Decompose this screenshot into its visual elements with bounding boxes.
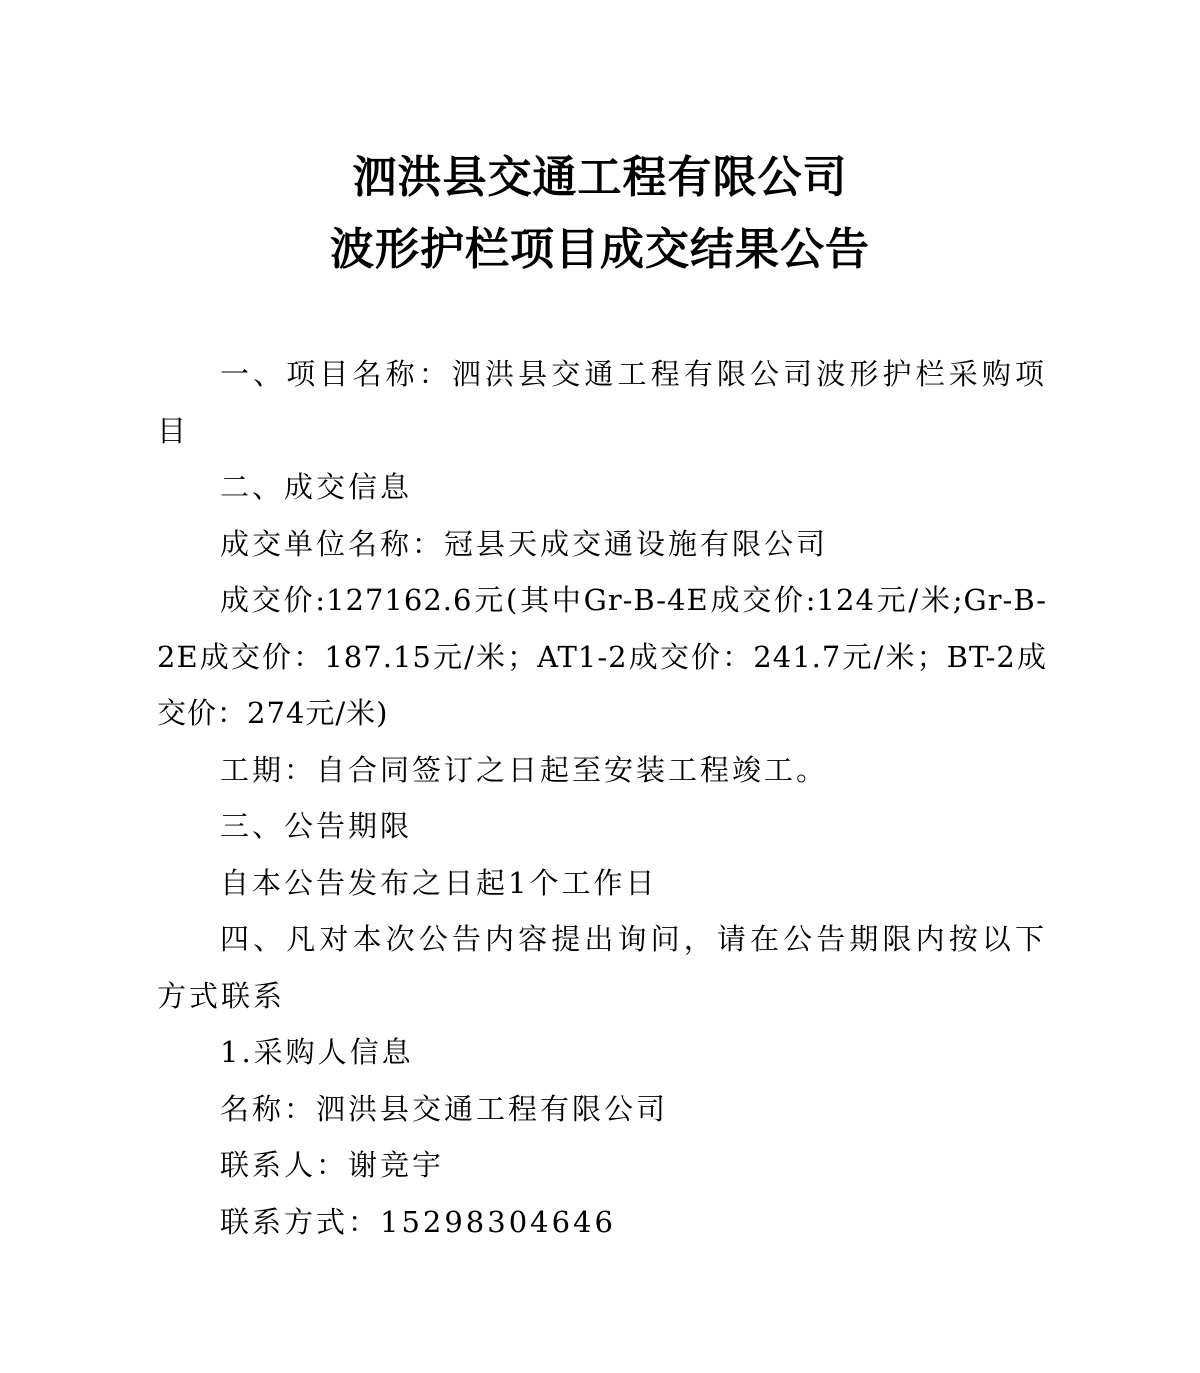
document-title-line-1: 泗洪县交通工程有限公司 [0, 150, 1200, 206]
deal-price-paragraph: 成交价:127162.6元(其中Gr-B-4E成交价:124元/米;Gr-B-2… [157, 572, 1047, 742]
contact-phone: 联系方式：15298304646 [157, 1194, 1047, 1251]
document-title-line-2: 波形护栏项目成交结果公告 [0, 222, 1200, 278]
inquiry-paragraph: 四、凡对本次公告内容提出询问，请在公告期限内按以下方式联系 [157, 911, 1047, 1024]
contact-person: 联系人：谢竞宇 [157, 1137, 1047, 1194]
purchaser-name: 名称：泗洪县交通工程有限公司 [157, 1081, 1047, 1138]
project-name-paragraph: 一、项目名称：泗洪县交通工程有限公司波形护栏采购项目 [157, 346, 1047, 459]
notice-period-heading: 三、公告期限 [157, 798, 1047, 855]
deal-info-heading: 二、成交信息 [157, 459, 1047, 516]
document-body: 一、项目名称：泗洪县交通工程有限公司波形护栏采购项目 二、成交信息 成交单位名称… [157, 346, 1047, 1250]
purchaser-heading: 1.采购人信息 [157, 1024, 1047, 1081]
construction-period-paragraph: 工期：自合同签订之日起至安装工程竣工。 [157, 742, 1047, 799]
winning-unit-paragraph: 成交单位名称：冠县天成交通设施有限公司 [157, 516, 1047, 573]
notice-period-paragraph: 自本公告发布之日起1个工作日 [157, 855, 1047, 912]
